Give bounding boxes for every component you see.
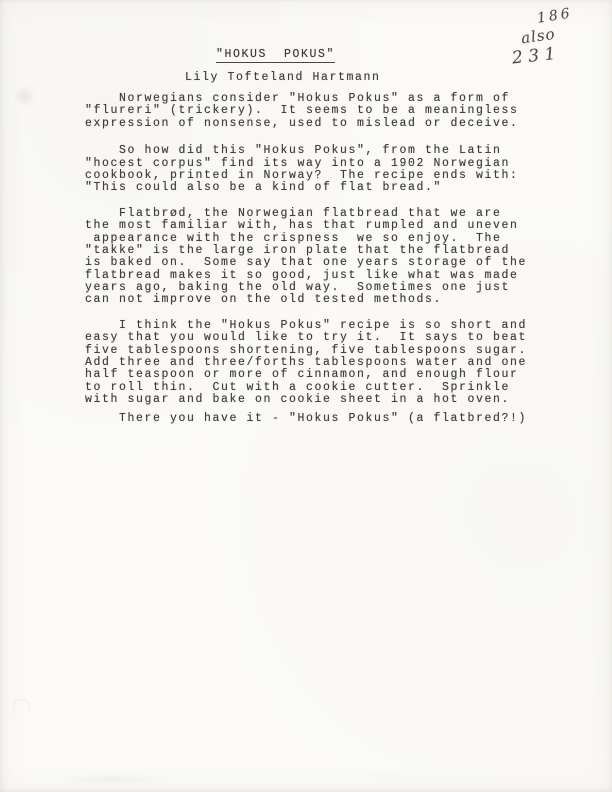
text-line: "flureri" (trickery). It seems to be a m…	[85, 105, 555, 117]
paragraph: So how did this "Hokus Pokus", from the …	[85, 145, 555, 195]
document-page: 186 also 231 "HOKUS POKUS" Lily Toftelan…	[0, 0, 612, 792]
paragraph: There you have it - "Hokus Pokus" (a fla…	[85, 413, 555, 425]
document-author: Lily Tofteland Hartmann	[185, 71, 381, 84]
handwritten-number-top: 186	[536, 5, 574, 26]
text-line: easy that you would like to try it. It s…	[85, 332, 555, 344]
document-body: Norwegians consider "Hokus Pokus" as a f…	[85, 93, 555, 438]
text-line: There you have it - "Hokus Pokus" (a fla…	[85, 413, 555, 425]
text-line: is baked on. Some say that one years sto…	[85, 257, 555, 269]
scan-circle-mark	[13, 699, 30, 716]
text-line: expression of nonsense, used to mislead …	[85, 118, 555, 130]
paragraph: Norwegians consider "Hokus Pokus" as a f…	[85, 93, 555, 130]
text-line: half teaspoon or more of cinnamon, and e…	[85, 369, 555, 381]
handwritten-number-bottom: 231	[511, 43, 562, 68]
text-line: with sugar and bake on cookie sheet in a…	[85, 394, 555, 406]
text-line: the most familiar with, has that rumpled…	[85, 220, 555, 232]
paragraph: Flatbrød, the Norwegian flatbread that w…	[85, 208, 555, 307]
scan-smudge-bottom	[58, 775, 168, 784]
paragraph: I think the "Hokus Pokus" recipe is so s…	[85, 320, 555, 407]
text-line: So how did this "Hokus Pokus", from the …	[85, 145, 555, 157]
document-title: "HOKUS POKUS"	[216, 48, 335, 63]
text-line: "This could also be a kind of flat bread…	[85, 182, 555, 194]
text-line: can not improve on the old tested method…	[85, 294, 555, 306]
scan-smudge-top-left	[13, 84, 37, 108]
